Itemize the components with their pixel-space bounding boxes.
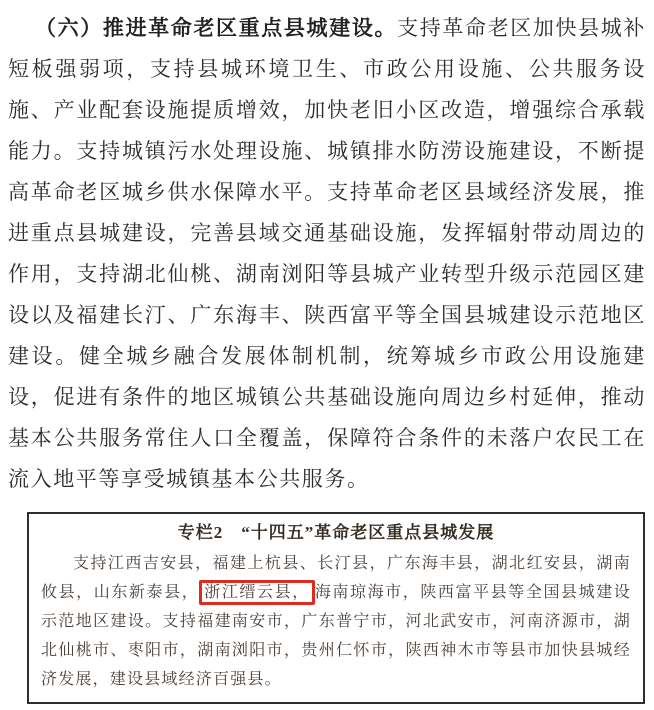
paragraph-lead-bold: （六）推进革命老区重点县城建设。 (35, 16, 397, 40)
main-paragraph: （六）推进革命老区重点县城建设。支持革命老区加快县城补短板强弱项，支持县城环境卫… (8, 8, 646, 500)
red-highlight-annotation: 浙江缙云县， (199, 580, 315, 605)
paragraph-body-text: 支持革命老区加快县城补短板强弱项，支持县城环境卫生、市政公用设施、公共服务设施、… (8, 16, 646, 491)
column-box: 专栏2 “十四五”革命老区重点县城发展 支持江西吉安县，福建上杭县、长汀县，广东… (27, 512, 645, 704)
document-page: （六）推进革命老区重点县城建设。支持革命老区加快县城补短板强弱项，支持县城环境卫… (0, 0, 654, 710)
column-box-title: 专栏2 “十四五”革命老区重点县城发展 (41, 519, 631, 547)
column-box-body: 支持江西吉安县，福建上杭县、长汀县，广东海丰县，湖北红安县，湖南攸县，山东新泰县… (41, 549, 631, 694)
